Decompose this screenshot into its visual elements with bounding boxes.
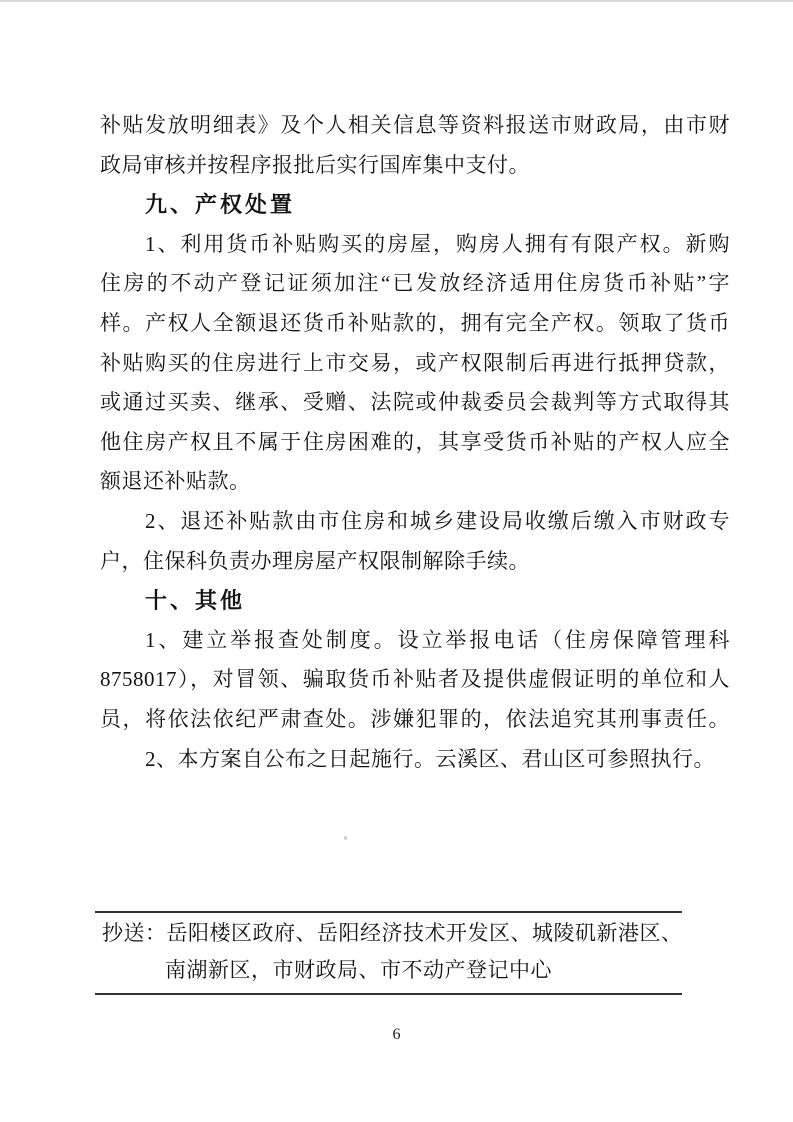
body-text-line: 额退还补贴款。	[100, 462, 730, 502]
body-text-line: 他住房产权且不属于住房困难的，其享受货币补贴的产权人应全	[100, 423, 730, 463]
section-heading: 十、其他	[100, 581, 730, 621]
scan-edge-artifact	[0, 0, 793, 2]
body-text-line: 或通过买卖、继承、受赠、法院或仲裁委员会裁判等方式取得其	[100, 383, 730, 423]
body-text-line: 1、建立举报查处制度。设立举报电话（住房保障管理科	[100, 621, 730, 661]
body-text-line: 2、退还补贴款由市住房和城乡建设局收缴后缴入市财政专	[100, 502, 730, 542]
body-text-line: 样。产权人全额退还货币补贴款的，拥有完全产权。领取了货币	[100, 304, 730, 344]
body-text-line: 2、本方案自公布之日起施行。云溪区、君山区可参照执行。	[100, 740, 730, 780]
body-text-line: 员，将依法依纪严肃查处。涉嫌犯罪的，依法追究其刑事责任。	[100, 700, 730, 740]
document-body: 补贴发放明细表》及个人相关信息等资料报送市财政局，由市财政局审核并按程序报批后实…	[100, 106, 730, 779]
body-text-line: 补贴发放明细表》及个人相关信息等资料报送市财政局，由市财	[100, 106, 730, 146]
body-text-line: 户，住保科负责办理房屋产权限制解除手续。	[100, 542, 730, 582]
body-text-line: 住房的不动产登记证须加注“已发放经济适用住房货币补贴”字	[100, 264, 730, 304]
cc-block: 抄送：岳阳楼区政府、岳阳经济技术开发区、城陵矶新港区、 南湖新区，市财政局、市不…	[95, 911, 682, 995]
document-page: 补贴发放明细表》及个人相关信息等资料报送市财政局，由市财政局审核并按程序报批后实…	[0, 0, 793, 1122]
page-number: 6	[0, 1026, 793, 1044]
cc-recipients-line2: 南湖新区，市财政局、市不动产登记中心	[165, 958, 552, 982]
body-text-line: 1、利用货币补贴购买的房屋，购房人拥有有限产权。新购	[100, 225, 730, 265]
body-text-line: 政局审核并按程序报批后实行国库集中支付。	[100, 146, 730, 186]
cc-line-1: 抄送：岳阳楼区政府、岳阳经济技术开发区、城陵矶新港区、	[102, 915, 682, 952]
body-text-line: 8758017），对冒领、骗取货币补贴者及提供虚假证明的单位和人	[100, 660, 730, 700]
ink-speck	[344, 836, 347, 840]
cc-recipients-line1: 岳阳楼区政府、岳阳经济技术开发区、城陵矶新港区、	[167, 921, 683, 945]
cc-label: 抄送：	[102, 921, 167, 945]
section-heading: 九、产权处置	[100, 185, 730, 225]
cc-line-2: 南湖新区，市财政局、市不动产登记中心	[102, 952, 682, 989]
body-text-line: 补贴购买的住房进行上市交易，或产权限制后再进行抵押贷款，	[100, 344, 730, 384]
